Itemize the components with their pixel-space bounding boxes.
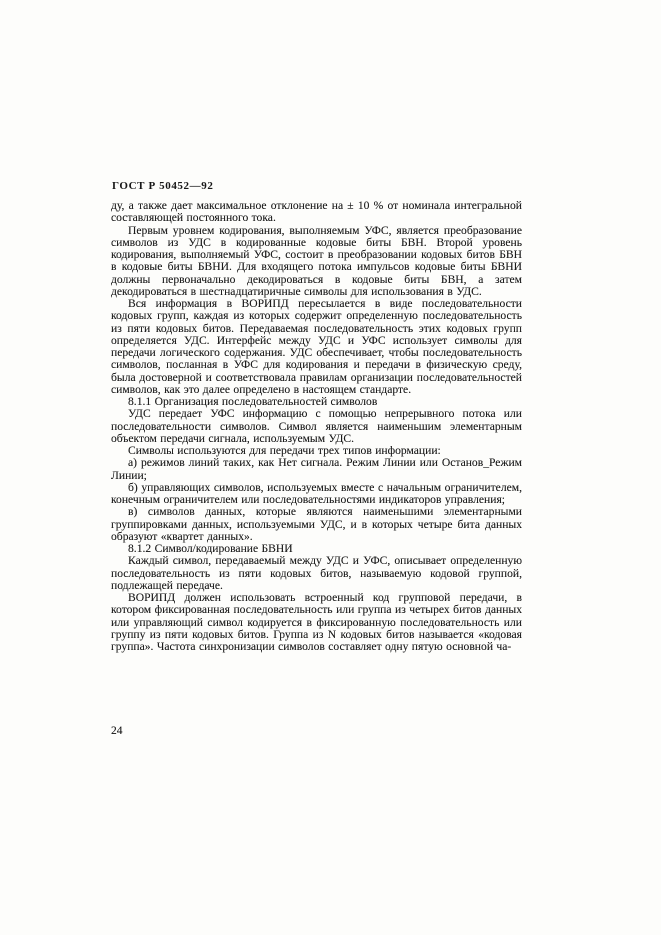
document-header-gost-number: ГОСТ Р 50452—92 [112, 180, 213, 192]
body-paragraph: УДС передает УФС информацию с помощью не… [111, 408, 522, 445]
list-item-v: в) символов данных, которые являются наи… [111, 506, 522, 543]
body-text-column: ду, а также дает максимальное отклонение… [111, 200, 522, 653]
document-page: ГОСТ Р 50452—92 ду, а также дает максима… [0, 0, 661, 935]
list-item-a: а) режимов линий таких, как Нет сигнала.… [111, 457, 522, 482]
body-paragraph: Каждый символ, передаваемый между УДС и … [111, 555, 522, 592]
page-number: 24 [111, 725, 123, 737]
list-item-b: б) управляющих символов, используемых вм… [111, 482, 522, 507]
body-paragraph: Первым уровнем кодирования, выполняемым … [111, 225, 522, 299]
body-paragraph: ВОРИПД должен использовать встроенный ко… [111, 592, 522, 653]
body-paragraph-continuation: ду, а также дает максимальное отклонение… [111, 200, 522, 225]
body-paragraph: Вся информация в ВОРИПД пересылается в в… [111, 298, 522, 396]
